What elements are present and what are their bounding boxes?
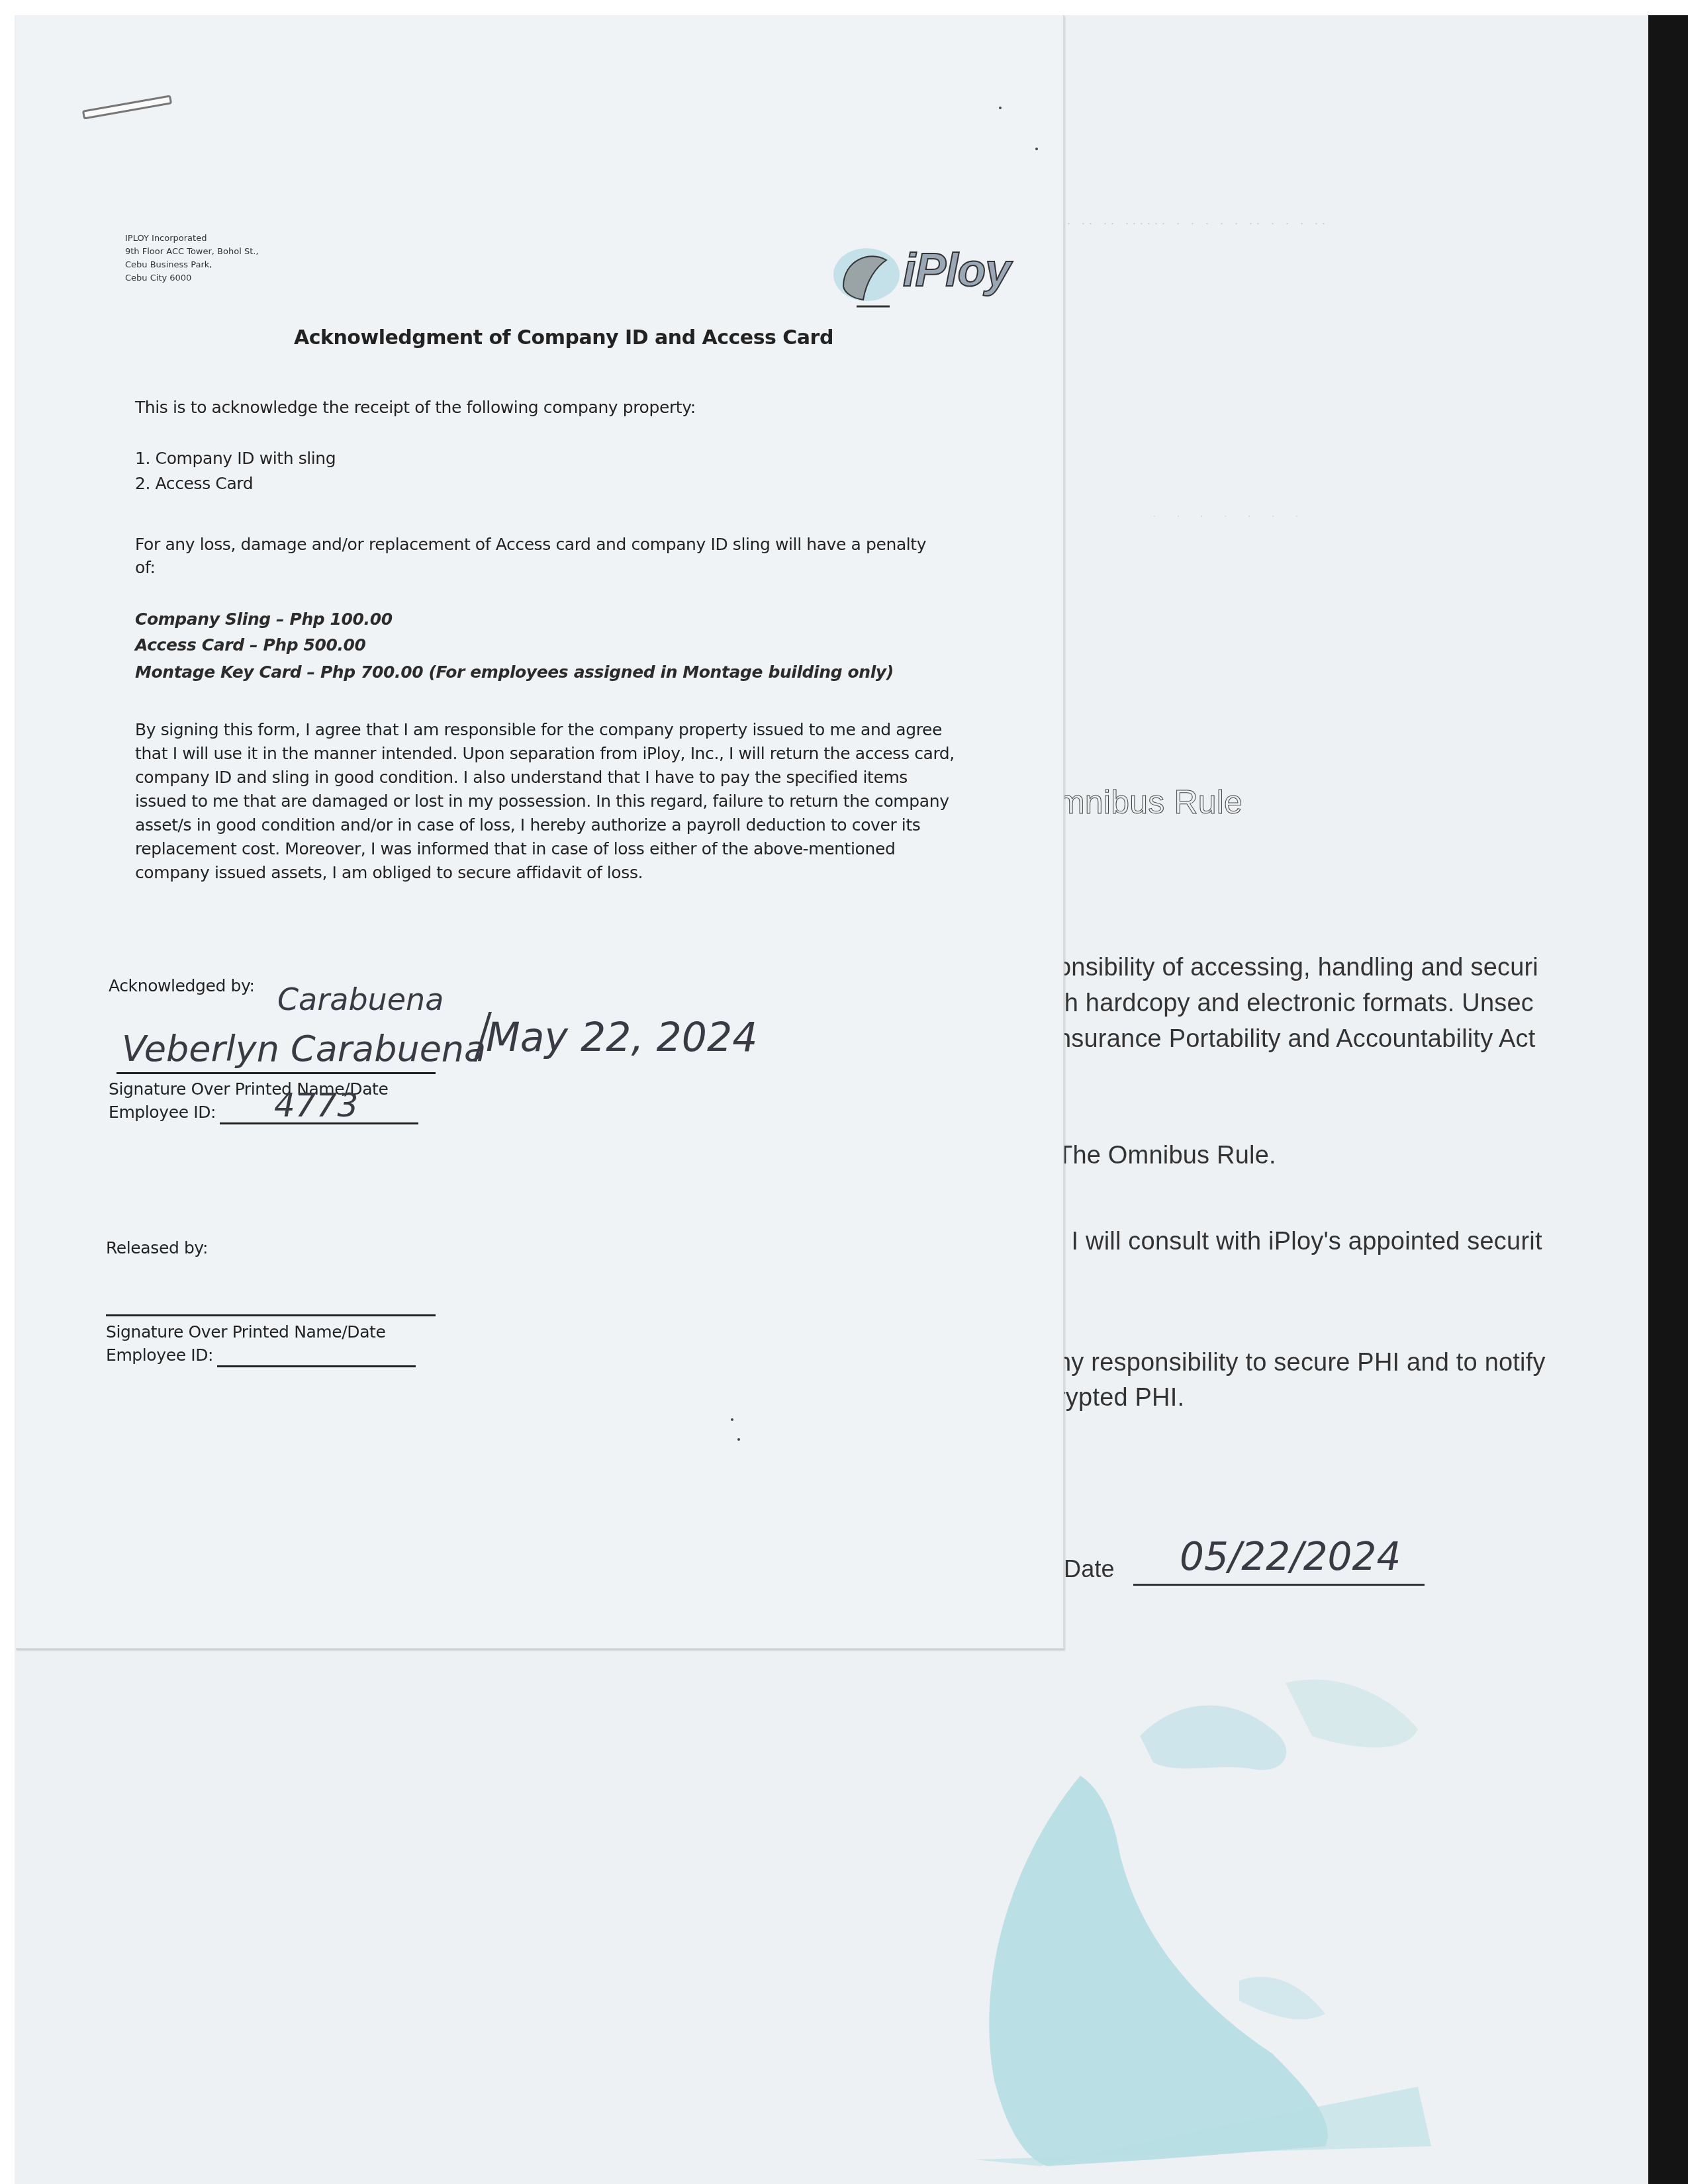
date-label: Date <box>1064 1555 1115 1583</box>
faint-header-remnant: . .. .. ...... . . . . . .. . . . .. <box>1067 214 1329 228</box>
handwritten-separator: / <box>473 1001 492 1071</box>
scan-speck <box>737 1438 740 1441</box>
penalty-access-card: Access Card – Php 500.00 <box>135 635 366 655</box>
acknowledged-signature-line <box>117 1072 436 1074</box>
released-sig-caption: Signature Over Printed Name/Date <box>106 1322 385 1342</box>
scanner-black-edge <box>1648 15 1688 2184</box>
penalty-sling: Company Sling – Php 100.00 <box>135 610 393 629</box>
back-para1-line1: onsibility of accessing, handling and se… <box>1057 954 1538 982</box>
faint-text-remnant: . . . . . . . <box>1153 508 1307 519</box>
front-page-acknowledgment-form: IPLOY Incorporated 9th Floor ACC Tower, … <box>16 15 1064 1649</box>
back-para1-line3: nsurance Portability and Accountability … <box>1057 1025 1536 1054</box>
handwritten-employee-id: 4773 <box>274 1086 358 1124</box>
released-employee-id-line <box>217 1365 416 1367</box>
handwritten-signature: Carabuena <box>277 981 444 1017</box>
address-line: Cebu City 6000 <box>125 272 259 285</box>
agreement-paragraph: By signing this form, I agree that I am … <box>135 718 962 885</box>
acknowledged-by-label: Acknowledged by: <box>109 976 255 995</box>
back-page-title: mnibus Rule <box>1057 783 1243 821</box>
penalty-intro: For any loss, damage and/or replacement … <box>135 535 926 554</box>
scan-speck <box>999 107 1002 109</box>
back-para1-line2: th hardcopy and electronic formats. Unse… <box>1057 989 1534 1018</box>
scan-speck <box>1035 148 1038 150</box>
handwritten-ack-date: May 22, 2024 <box>486 1015 757 1061</box>
released-signature-line <box>106 1314 436 1316</box>
item-company-id: 1. Company ID with sling <box>135 449 336 468</box>
handwritten-printed-name: Veberlyn Carabuena <box>122 1028 486 1069</box>
penalty-montage-key-card: Montage Key Card – Php 700.00 (For emplo… <box>135 662 894 682</box>
logo-wordmark: iPloy <box>903 244 1010 296</box>
released-employee-id-label: Employee ID: <box>106 1345 213 1365</box>
acknowledged-employee-id-label: Employee ID: <box>109 1103 216 1122</box>
staple-icon <box>82 95 172 119</box>
globe-watermark-icon <box>955 1657 1550 2173</box>
address-line: IPLOY Incorporated <box>125 232 259 246</box>
back-para3: , I will consult with iPloy's appointed … <box>1057 1228 1542 1256</box>
form-title: Acknowledgment of Company ID and Access … <box>294 326 833 349</box>
company-address: IPLOY Incorporated 9th Floor ACC Tower, … <box>125 232 259 285</box>
released-by-label: Released by: <box>106 1238 208 1257</box>
penalty-intro-cont: of: <box>135 558 155 577</box>
back-para4-line2: rypted PHI. <box>1057 1384 1184 1412</box>
scan-speck <box>731 1418 733 1421</box>
back-para2: The Omnibus Rule. <box>1057 1142 1276 1170</box>
handwritten-date: 05/22/2024 <box>1180 1534 1401 1579</box>
address-line: Cebu Business Park, <box>125 259 259 272</box>
back-para4-line1: ny responsibility to secure PHI and to n… <box>1057 1349 1546 1377</box>
intro-text: This is to acknowledge the receipt of th… <box>135 398 696 417</box>
date-line <box>1133 1584 1425 1586</box>
item-access-card: 2. Access Card <box>135 474 253 493</box>
address-line: 9th Floor ACC Tower, Bohol St., <box>125 246 259 259</box>
